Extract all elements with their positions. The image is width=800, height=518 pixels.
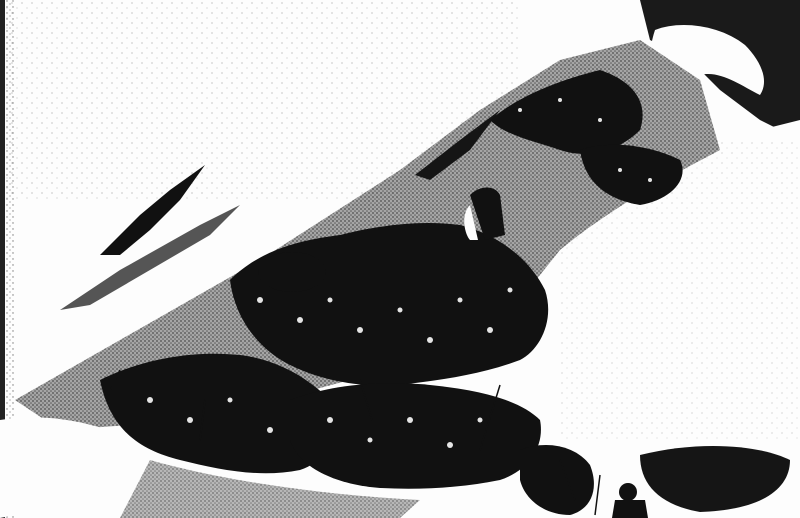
wagon-cover	[258, 252, 326, 292]
illustration-canvas	[0, 0, 800, 518]
mountain-march-illustration	[0, 0, 800, 518]
